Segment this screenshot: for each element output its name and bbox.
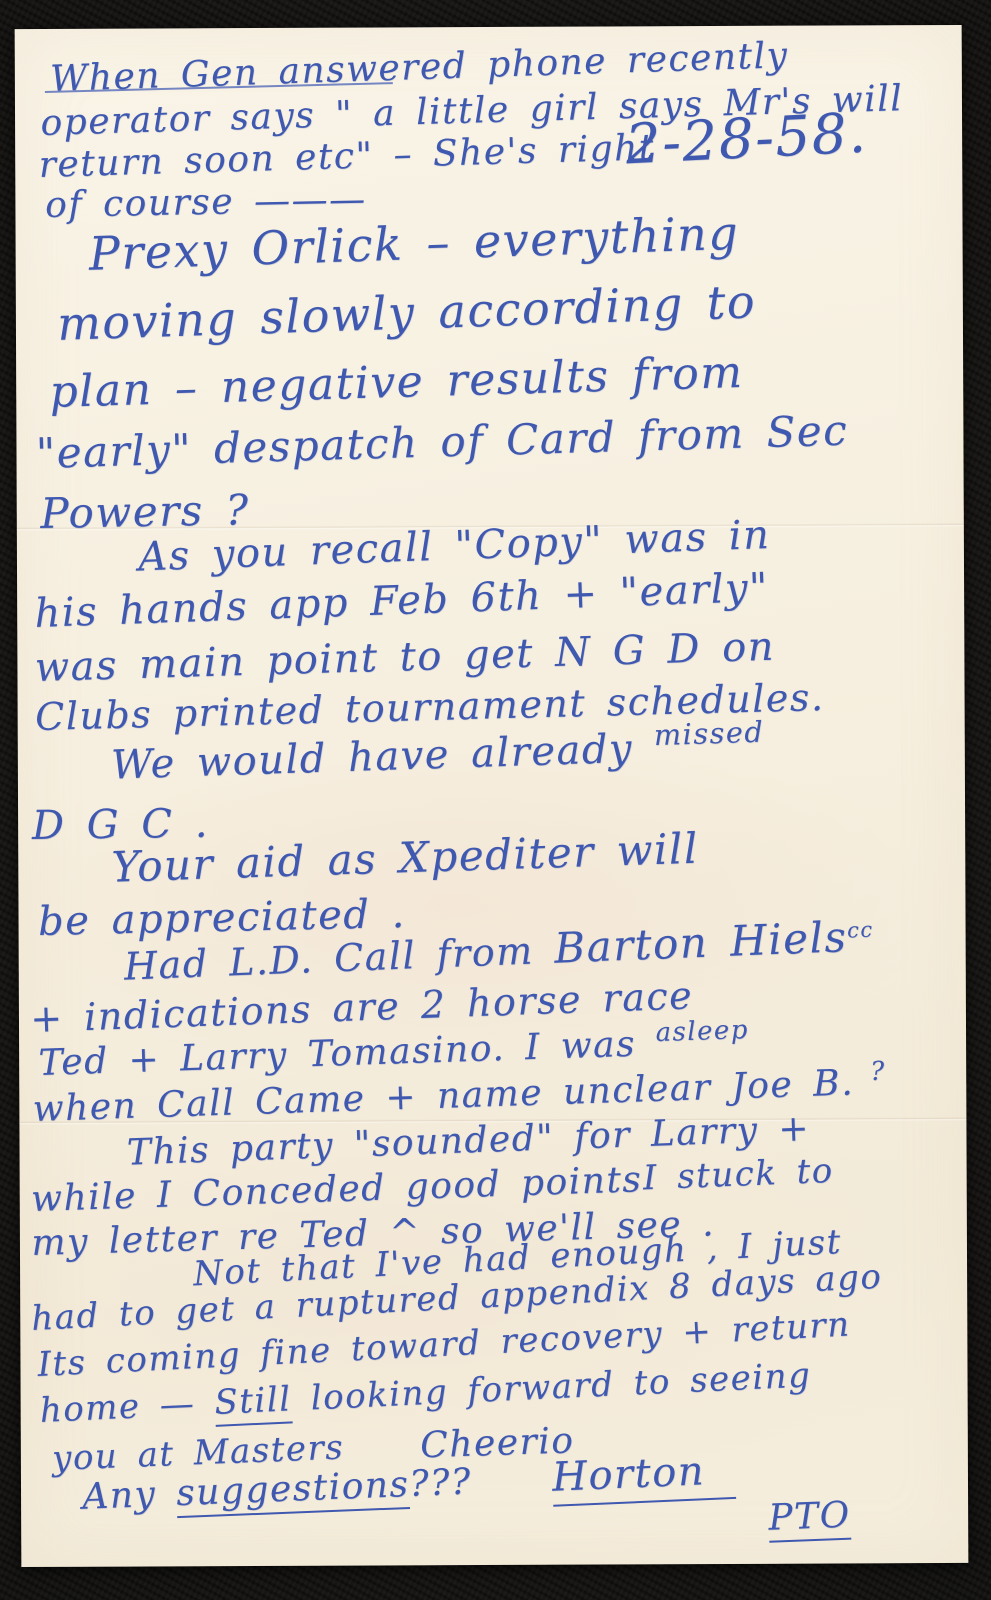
letter-text: suggestions (175, 1464, 410, 1518)
letter-text: ? (853, 1056, 886, 1087)
line-signature-horton: Horton (551, 1447, 736, 1501)
letter-text: Still (214, 1379, 293, 1427)
letter-text: plan – negative results from (49, 347, 744, 418)
line-pto: PTO (768, 1495, 852, 1539)
letter-text: I stuck to (642, 1151, 834, 1198)
letter-text: Horton (551, 1447, 736, 1507)
line-powers: Powers ? (40, 485, 250, 538)
photo-of-letter: { "scene": { "background_color": "#18161… (0, 0, 991, 1600)
line-date: 2-28-58. (624, 100, 869, 176)
letter-text: Powers ? (40, 485, 250, 538)
letter-text: "early" despatch of Card from Sec (35, 406, 849, 478)
letter-text: Any (82, 1473, 178, 1518)
letter-text: moving slowly according to (56, 274, 756, 351)
letter-text: cc (847, 918, 874, 943)
line-i-stuck-to: I stuck to (642, 1151, 834, 1198)
letter-text: home — (39, 1383, 216, 1431)
letter-text: 2-28-58. (624, 100, 869, 176)
letter-text: missed (653, 715, 765, 753)
letter-text: PTO (768, 1495, 852, 1543)
letter-text: Barton Hiels (553, 912, 848, 972)
paper: When Gen answered phone recentlyoperator… (15, 25, 969, 1567)
letter-text: ??? (409, 1462, 473, 1505)
line-early-despatch: "early" despatch of Card from Sec (35, 406, 849, 478)
line-moving-slowly: moving slowly according to (56, 274, 756, 351)
letter-text: asleep (655, 1015, 749, 1048)
line-plan-negative: plan – negative results from (49, 347, 744, 418)
